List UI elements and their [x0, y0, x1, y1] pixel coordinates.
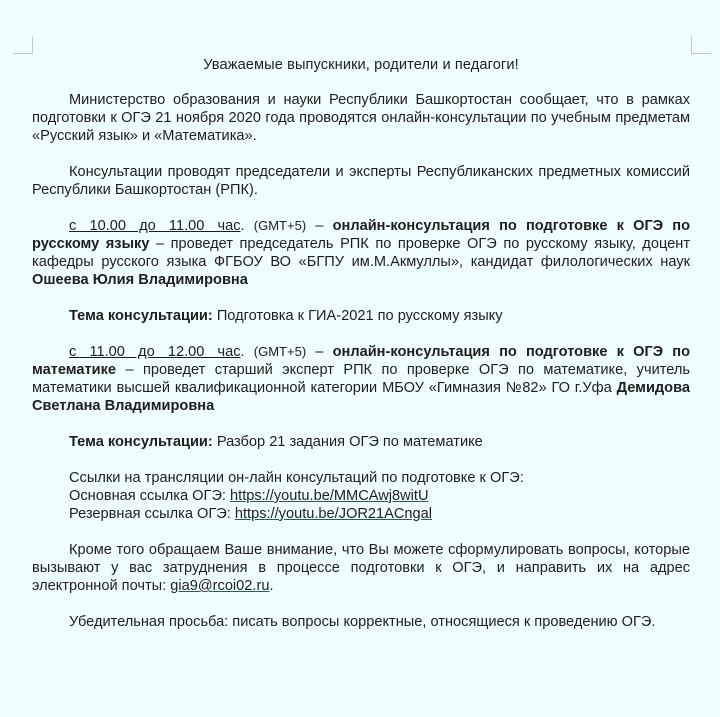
intro-paragraph: Министерство образования и науки Республ…: [32, 91, 690, 145]
session-russian-paragraph: с 10.00 до 11.00 час. (GMT+5) – онлайн-к…: [32, 217, 690, 289]
session-math-timezone: (GMT+5): [254, 344, 306, 359]
stream-links-heading: Ссылки на трансляции он-лайн консультаци…: [69, 469, 690, 487]
theme-value: Разбор 21 задания ОГЭ по математике: [213, 434, 483, 450]
session-russian-theme: Тема консультации: Подготовка к ГИА-2021…: [32, 307, 690, 325]
session-math-description: – проведет старший эксперт РПК по провер…: [32, 362, 690, 396]
stream-links-block: Ссылки на трансляции он-лайн консультаци…: [32, 469, 690, 523]
page-corner-mark-top-left: [13, 36, 33, 54]
backup-stream-link[interactable]: https://youtu.be/JOR21ACngal: [235, 506, 432, 522]
session-russian-timezone: (GMT+5): [254, 218, 306, 233]
document-page: Уважаемые выпускники, родители и педагог…: [32, 56, 690, 649]
session-math-theme: Тема консультации: Разбор 21 задания ОГЭ…: [32, 433, 690, 451]
consultants-paragraph: Консультации проводят председатели и экс…: [32, 163, 690, 199]
questions-paragraph: Кроме того обращаем Ваше внимание, что В…: [32, 541, 690, 595]
theme-value: Подготовка к ГИА-2021 по русскому языку: [213, 308, 503, 324]
session-russian-time: с 10.00 до 11.00 час: [69, 218, 241, 234]
backup-link-line: Резервная ссылка ОГЭ: https://youtu.be/J…: [69, 505, 690, 523]
session-russian-person: Ошеева Юлия Владимировна: [32, 272, 248, 288]
theme-label: Тема консультации:: [69, 308, 213, 324]
main-stream-link[interactable]: https://youtu.be/MMCAwj8witU: [230, 488, 428, 504]
email-link[interactable]: gia9@rcoi02.ru: [170, 578, 269, 594]
main-link-line: Основная ссылка ОГЭ: https://youtu.be/MM…: [69, 487, 690, 505]
backup-link-label: Резервная ссылка ОГЭ:: [69, 506, 235, 522]
session-math-time: с 11.00 до 12.00 час: [69, 344, 241, 360]
page-corner-mark-top-right: [691, 36, 711, 54]
request-paragraph: Убедительная просьба: писать вопросы кор…: [32, 613, 690, 631]
theme-label: Тема консультации:: [69, 434, 213, 450]
document-title: Уважаемые выпускники, родители и педагог…: [32, 56, 690, 74]
session-math-paragraph: с 11.00 до 12.00 час. (GMT+5) – онлайн-к…: [32, 343, 690, 415]
main-link-label: Основная ссылка ОГЭ:: [69, 488, 230, 504]
